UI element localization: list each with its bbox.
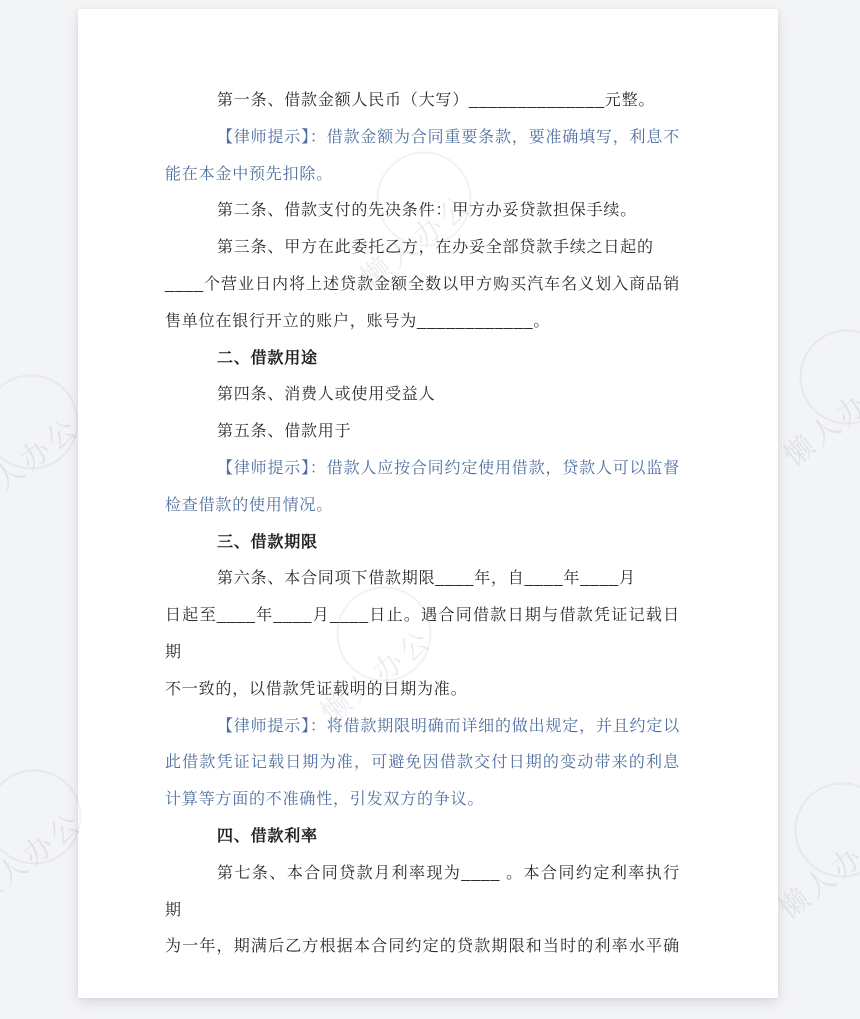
document-viewer: 懒人办公 懒人办公 懒人办公 懒人办公 懒人办公 懒人办公 第一条、借款金额人民…	[0, 0, 860, 1019]
document-line: 第六条、本合同项下借款期限____年，自____年____月	[165, 561, 680, 598]
document-line: 第五条、借款用于	[165, 414, 680, 451]
document-line: 二、借款用途	[165, 341, 680, 378]
document-line: 能在本金中预先扣除。	[165, 157, 680, 194]
watermark-text: 懒人办公	[0, 406, 87, 520]
document-line: 此借款凭证记载日期为准，可避免因借款交付日期的变动带来的利息	[165, 745, 680, 782]
document-line: 为一年，期满后乙方根据本合同约定的贷款期限和当时的利率水平确	[165, 929, 680, 966]
watermark-circle-icon	[780, 310, 860, 443]
document-line: ____个营业日内将上述贷款金额全数以甲方购买汽车名义划入商品销	[165, 267, 680, 304]
watermark-circle-icon	[775, 763, 860, 896]
document-line: 日起至____年____月____日止。遇合同借款日期与借款凭证记载日期	[165, 598, 680, 672]
document-line: 计算等方面的不准确性，引发双方的争议。	[165, 782, 680, 819]
document-line: 【律师提示】：借款金额为合同重要条款，要准确填写，利息不	[165, 120, 680, 157]
watermark-text: 懒人办公	[0, 801, 90, 915]
document-line: 第七条、本合同贷款月利率现为____ 。本合同约定利率执行期	[165, 856, 680, 930]
document-line: 检查借款的使用情况。	[165, 488, 680, 525]
document-content: 第一条、借款金额人民币（大写）______________元整。【律师提示】：借…	[165, 83, 680, 966]
document-line: 第二条、借款支付的先决条件：甲方办妥贷款担保手续。	[165, 193, 680, 230]
watermark-text: 懒人办公	[774, 361, 860, 475]
watermark-text: 懒人办公	[769, 814, 860, 928]
document-line: 四、借款利率	[165, 819, 680, 856]
document-line: 第四条、消费人或使用受益人	[165, 377, 680, 414]
document-line: 第一条、借款金额人民币（大写）______________元整。	[165, 83, 680, 120]
document-line: 售单位在银行开立的账户，账号为____________。	[165, 304, 680, 341]
document-line: 三、借款期限	[165, 525, 680, 562]
document-line: 不一致的，以借款凭证载明的日期为准。	[165, 672, 680, 709]
document-line: 【律师提示】：将借款期限明确而详细的做出规定，并且约定以	[165, 709, 680, 746]
document-line: 【律师提示】：借款人应按合同约定使用借款，贷款人可以监督	[165, 451, 680, 488]
document-line: 第三条、甲方在此委托乙方，在办妥全部贷款手续之日起的	[165, 230, 680, 267]
